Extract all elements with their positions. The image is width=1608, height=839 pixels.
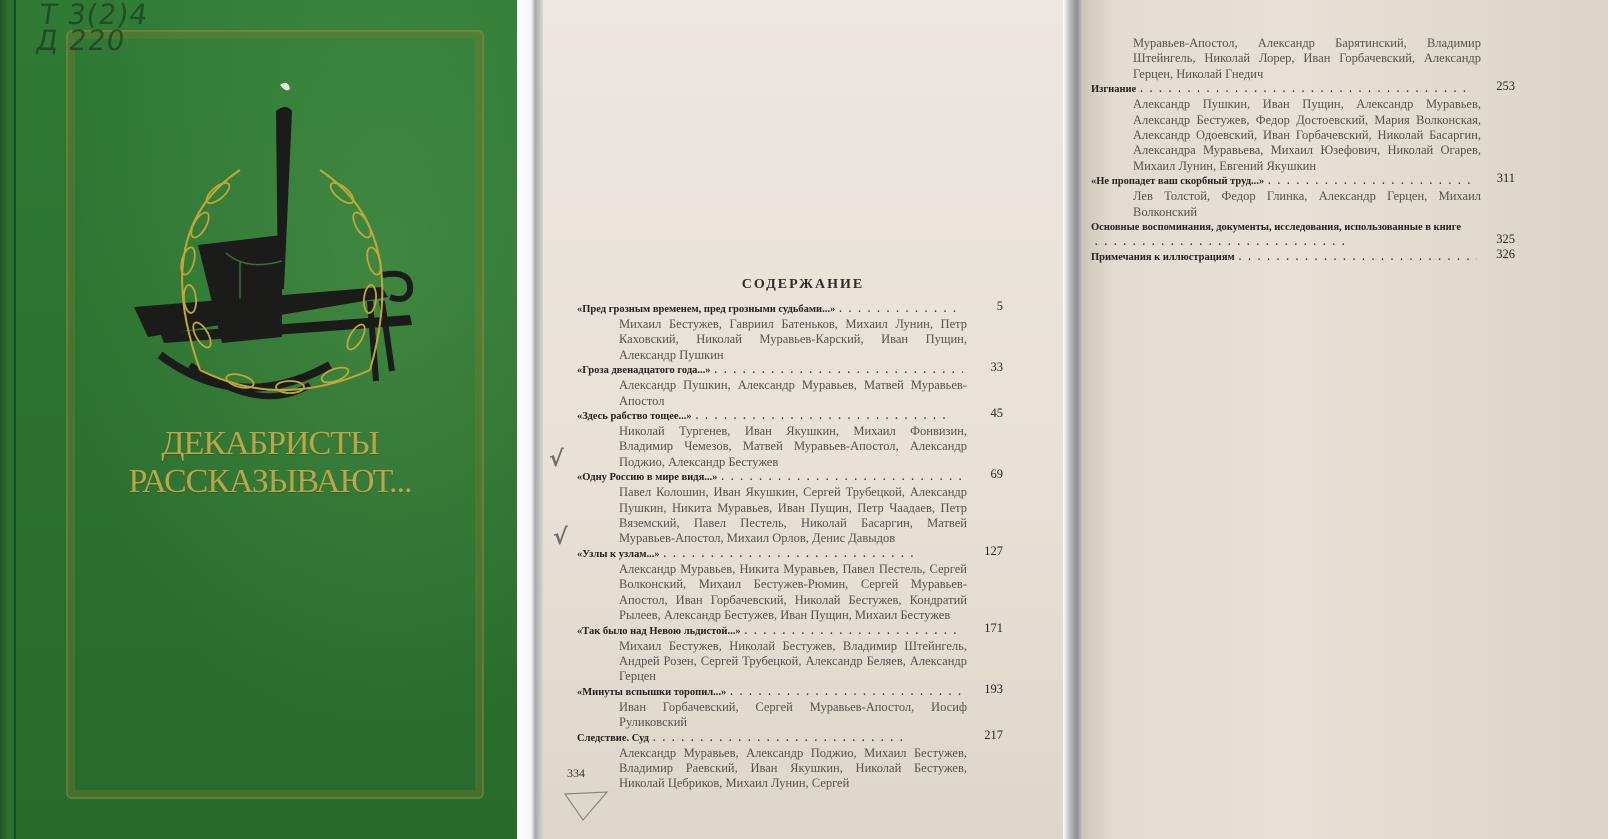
toc-entry-authors: Александр Муравьев, Никита Муравьев, Пав… xyxy=(577,562,967,624)
toc-entry-title: «Здесь рабство тощее...» xyxy=(577,409,692,424)
toc-page-number: 33 xyxy=(991,360,1004,375)
toc-page-number: 45 xyxy=(991,406,1004,421)
cover-title-line-1: ДЕКАБРИСТЫ xyxy=(60,425,480,463)
toc-page-number: 325 xyxy=(1496,232,1515,247)
toc-entry-authors: Александр Муравьев, Александр Поджио, Ми… xyxy=(577,746,967,792)
image-divider xyxy=(517,0,543,839)
toc-entry-authors: Иван Горбачевский, Сергей Муравьев-Апост… xyxy=(577,700,967,731)
toc-entry-authors-continued: Муравьев-Апостол, Александр Барятинский,… xyxy=(1091,36,1481,82)
leader-dots: ........................... xyxy=(696,409,963,424)
toc-entry-authors: Александр Пушкин, Иван Пущин, Александр … xyxy=(1091,97,1481,174)
toc-entry-title: «Одну Россию в мире видя...» xyxy=(577,470,717,485)
pencil-checkmark-icon: √ xyxy=(553,525,568,550)
toc-entry[interactable]: «Здесь рабство тощее...»................… xyxy=(577,409,967,470)
leader-dots: ........................... xyxy=(653,731,963,746)
leader-dots: ........................... xyxy=(664,547,963,562)
toc-entry[interactable]: Изгнание................................… xyxy=(1091,82,1481,174)
toc-entry[interactable]: «Гроза двенадцатого года...»............… xyxy=(577,363,967,409)
toc-page-number: 311 xyxy=(1497,171,1515,186)
toc-entry-authors: Николай Тургенев, Иван Якушкин, Михаил Ф… xyxy=(577,424,967,470)
toc-entry-title: «Так было над Невою льдистой...» xyxy=(577,624,741,639)
toc-entry-title: Примечания к иллюстрациям xyxy=(1091,250,1235,265)
contents-list: «Пред грозным временем, пред грозными су… xyxy=(577,302,967,792)
leader-dots: ........................... xyxy=(721,470,963,485)
image-divider xyxy=(1063,0,1083,839)
leader-dots: ........................... xyxy=(839,302,963,317)
toc-entry-title: «Пред грозным временем, пред грозными су… xyxy=(577,302,835,317)
toc-page-number: 217 xyxy=(984,728,1003,743)
toc-entry[interactable]: Основные воспоминания, документы, исслед… xyxy=(1091,220,1481,250)
toc-entry-title: «Узлы к узлам...» xyxy=(577,547,660,562)
laurel-wreath-shako-sabres-icon xyxy=(130,75,440,405)
toc-entry[interactable]: «Узлы к узлам...».......................… xyxy=(577,547,967,624)
toc-entry-title: «Не пропадет ваш скорбный труд...» xyxy=(1091,174,1264,189)
leader-dots: ........................... xyxy=(715,363,963,378)
toc-entry-authors: Михаил Бестужев, Николай Бестужев, Влади… xyxy=(577,639,967,685)
leader-dots: ........................... xyxy=(1095,237,1352,248)
toc-page-number: 171 xyxy=(984,621,1003,636)
leader-dots: ................................... xyxy=(1140,82,1477,97)
toc-entry-authors: Александр Пушкин, Александр Муравьев, Ма… xyxy=(577,378,967,409)
book-cover: Т 3(2)4 Д 220 xyxy=(0,0,517,839)
leader-dots: ........................... xyxy=(730,685,963,700)
cover-spine-groove xyxy=(14,0,16,839)
cover-spine-edge xyxy=(0,0,14,839)
contents-page-right: Муравьев-Апостол, Александр Барятинский,… xyxy=(1083,0,1608,839)
toc-entry-title: Изгнание xyxy=(1091,82,1136,97)
toc-entry-authors: Лев Толстой, Федор Глинка, Александр Гер… xyxy=(1091,189,1481,220)
toc-page-number: 193 xyxy=(984,682,1003,697)
toc-entry-authors: Павел Колошин, Иван Якушкин, Сергей Труб… xyxy=(577,485,967,547)
toc-page-number: 326 xyxy=(1496,247,1515,262)
toc-entry[interactable]: «Одну Россию в мире видя...»............… xyxy=(577,470,967,547)
toc-entry[interactable]: «Не пропадет ваш скорбный труд...»......… xyxy=(1091,174,1481,220)
folio-page-number: 334 xyxy=(567,766,585,781)
toc-entry[interactable]: Примечания к иллюстрациям...............… xyxy=(1091,250,1481,265)
toc-page-number: 127 xyxy=(984,544,1003,559)
toc-page-number: 5 xyxy=(997,299,1003,314)
toc-entry[interactable]: Следствие. Суд..........................… xyxy=(577,731,967,792)
toc-entry[interactable]: «Минуты вспышки торопил...».............… xyxy=(577,685,967,731)
leader-dots: ................................... xyxy=(1239,250,1477,265)
cover-title-line-2: РАССКАЗЫВАЮТ... xyxy=(60,463,480,501)
toc-entry-title: «Гроза двенадцатого года...» xyxy=(577,363,711,378)
toc-entry-title: Следствие. Суд xyxy=(577,731,649,746)
toc-entry-title: «Минуты вспышки торопил...» xyxy=(577,685,726,700)
contents-list-continued: Муравьев-Апостол, Александр Барятинский,… xyxy=(1091,36,1481,265)
pencil-checkmark-icon: √ xyxy=(549,447,564,472)
toc-page-number: 69 xyxy=(991,467,1004,482)
toc-entry-authors: Михаил Бестужев, Гавриил Батеньков, Миха… xyxy=(577,317,967,363)
pencil-triangle-mark-icon xyxy=(563,788,609,822)
toc-entry-title: Основные воспоминания, документы, исслед… xyxy=(1091,222,1461,233)
toc-entry[interactable]: «Пред грозным временем, пред грозными су… xyxy=(577,302,967,363)
contents-heading: СОДЕРЖАНИЕ xyxy=(543,277,1063,293)
library-shelf-code: Т 3(2)4 Д 220 xyxy=(34,2,150,54)
leader-dots: ........................... xyxy=(745,624,963,639)
contents-page-left: СОДЕРЖАНИЕ √ √ «Пред грозным временем, п… xyxy=(543,0,1063,839)
leader-dots: ................................... xyxy=(1268,174,1477,189)
toc-page-number: 253 xyxy=(1496,79,1515,94)
toc-entry[interactable]: «Так было над Невою льдистой...»........… xyxy=(577,624,967,685)
